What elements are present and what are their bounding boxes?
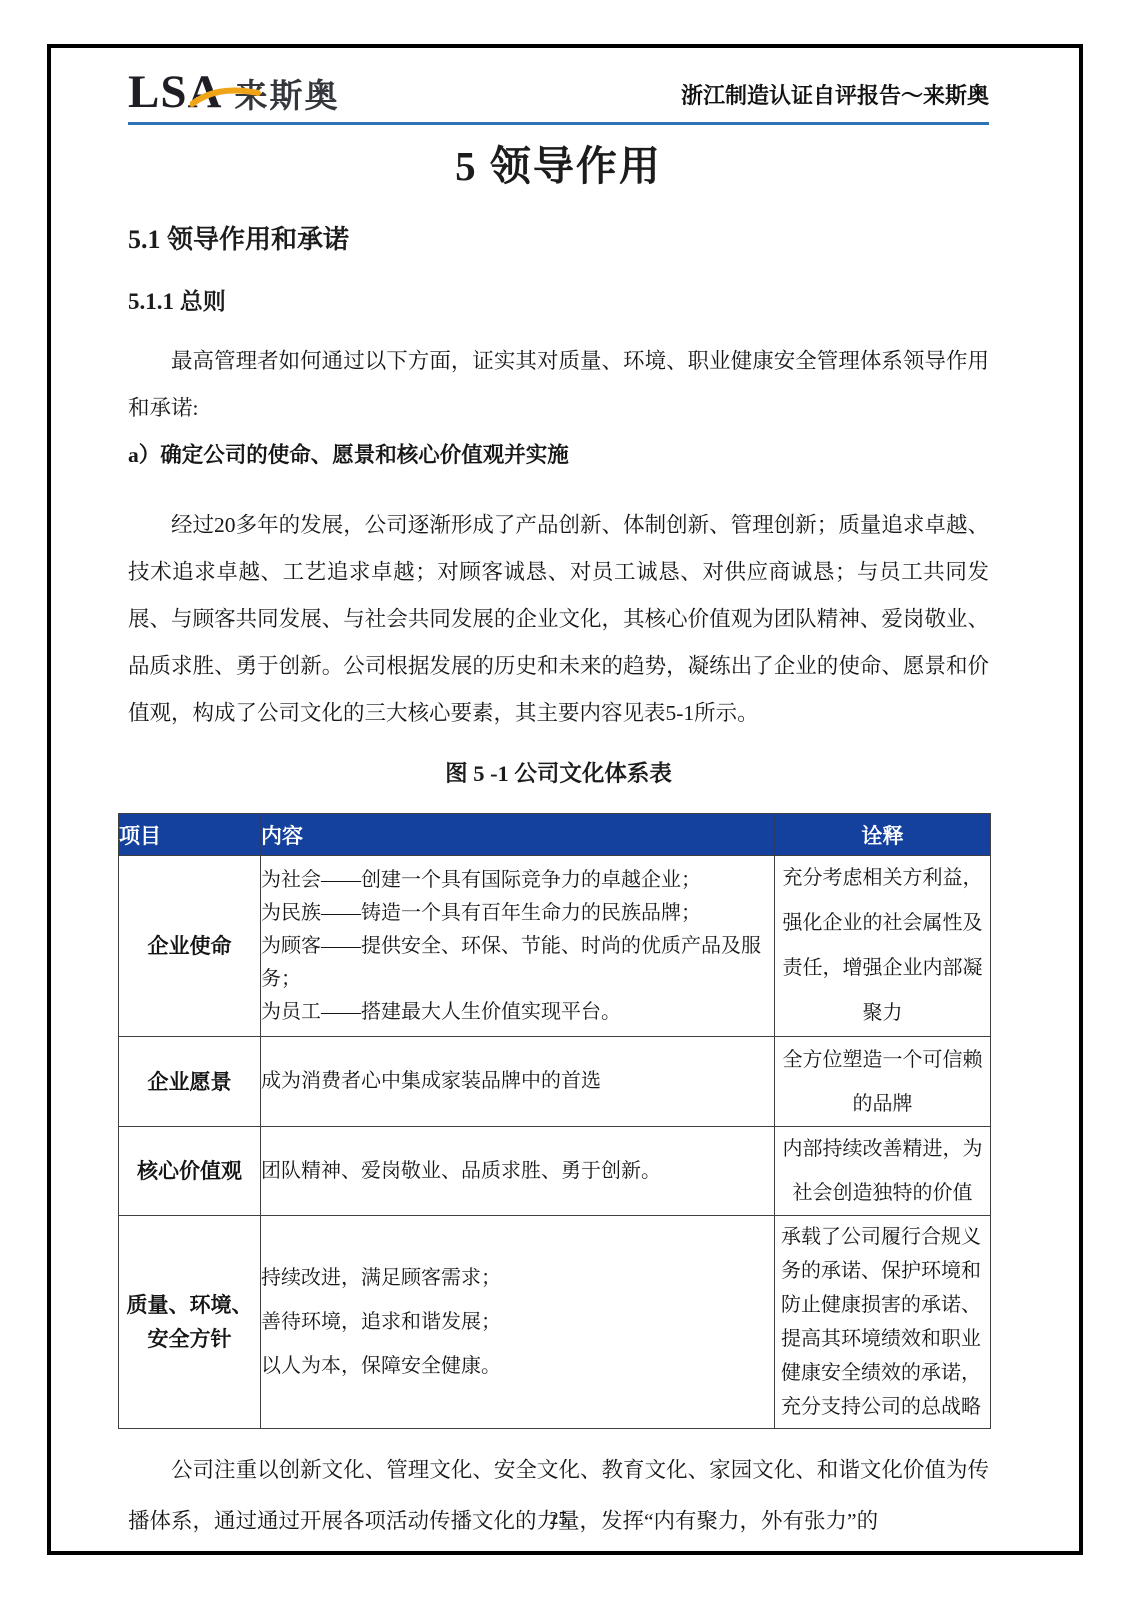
chapter-title: 5 领导作用: [128, 139, 989, 193]
row-item-label: 企业愿景: [119, 1037, 261, 1127]
report-title: 浙江制造认证自评报告～来斯奥: [681, 79, 989, 116]
col-header-content: 内容: [261, 814, 775, 856]
table-header-row: 项目 内容 诠释: [119, 814, 991, 856]
paragraph-closing: 公司注重以创新文化、管理文化、安全文化、教育文化、家园文化、和谐文化价值为传播体…: [128, 1445, 989, 1547]
header-rule: [128, 122, 989, 125]
row-note: 承载了公司履行合规义务的承诺、保护环境和防止健康损害的承诺、提高其环境绩效和职业…: [775, 1216, 991, 1429]
section-5-1-heading: 5.1 领导作用和承诺: [128, 223, 989, 257]
row-note: 内部持续改善精进，为社会创造独特的价值: [775, 1127, 991, 1216]
logo-lsa-text: LSA: [128, 69, 222, 116]
page-header: LSA 来斯奥 浙江制造认证自评报告～来斯奥: [128, 64, 989, 116]
row-content: 团队精神、爱岗敬业、品质求胜、勇于创新。: [261, 1127, 775, 1216]
culture-table: 项目 内容 诠释 企业使命 为社会——创建一个具有国际竞争力的卓越企业； 为民族…: [118, 813, 991, 1429]
row-note: 充分考虑相关方利益，强化企业的社会属性及责任，增强企业内部凝聚力: [775, 856, 991, 1037]
row-item-label: 企业使命: [119, 856, 261, 1037]
table-row-mission: 企业使命 为社会——创建一个具有国际竞争力的卓越企业； 为民族——铸造一个具有百…: [119, 856, 991, 1037]
col-header-note: 诠释: [775, 814, 991, 856]
table-caption: 图 5 -1 公司文化体系表: [128, 759, 989, 789]
item-a-heading: a）确定公司的使命、愿景和核心价值观并实施: [128, 432, 989, 479]
table-row-policy: 质量、环境、 安全方针 持续改进，满足顾客需求； 善待环境，追求和谐发展； 以人…: [119, 1216, 991, 1429]
page-border-frame: LSA 来斯奥 浙江制造认证自评报告～来斯奥 5 领导作用 5.1 领导作用和承…: [47, 44, 1083, 1555]
paragraph-overview: 最高管理者如何通过以下方面，证实其对质量、环境、职业健康安全管理体系领导作用和承…: [128, 338, 989, 432]
row-content: 持续改进，满足顾客需求； 善待环境，追求和谐发展； 以人为本，保障安全健康。: [261, 1216, 775, 1429]
table-row-vision: 企业愿景 成为消费者心中集成家装品牌中的首选 全方位塑造一个可信赖的品牌: [119, 1037, 991, 1127]
row-content: 为社会——创建一个具有国际竞争力的卓越企业； 为民族——铸造一个具有百年生命力的…: [261, 856, 775, 1037]
row-item-label: 核心价值观: [119, 1127, 261, 1216]
section-5-1-1-heading: 5.1.1 总则: [128, 287, 989, 317]
table-row-values: 核心价值观 团队精神、爱岗敬业、品质求胜、勇于创新。 内部持续改善精进，为社会创…: [119, 1127, 991, 1216]
logo-company-name: 来斯奥: [234, 79, 339, 112]
paragraph-culture: 经过20多年的发展，公司逐渐形成了产品创新、体制创新、管理创新；质量追求卓越、技…: [128, 502, 989, 737]
col-header-item: 项目: [119, 814, 261, 856]
row-item-label: 质量、环境、 安全方针: [119, 1216, 261, 1429]
page-number: 25: [128, 1508, 989, 1529]
page-content: LSA 来斯奥 浙江制造认证自评报告～来斯奥 5 领导作用 5.1 领导作用和承…: [128, 48, 989, 1551]
company-logo: LSA 来斯奥: [128, 69, 339, 116]
row-note: 全方位塑造一个可信赖的品牌: [775, 1037, 991, 1127]
row-content: 成为消费者心中集成家装品牌中的首选: [261, 1037, 775, 1127]
